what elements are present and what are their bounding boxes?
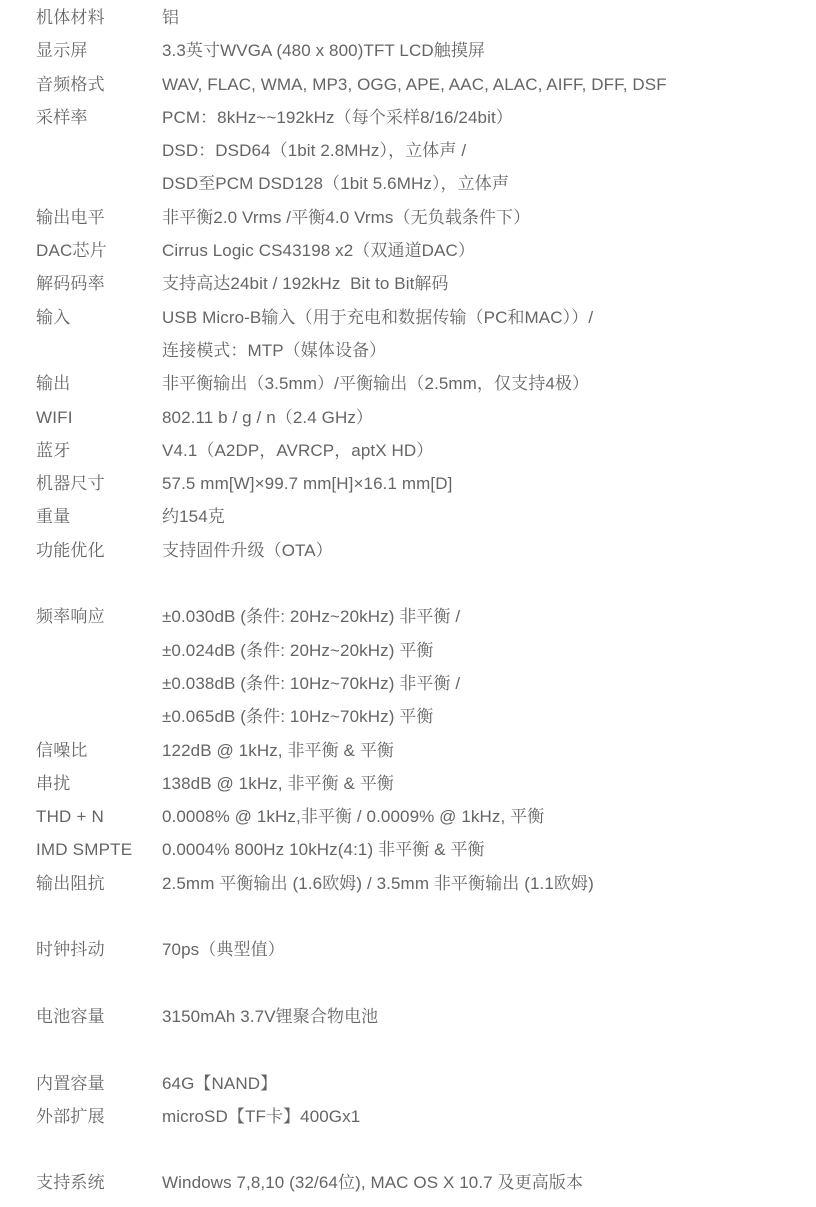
spec-value: 802.11 b / g / n（2.4 GHz） (162, 401, 796, 434)
spec-value-line: 铝 (162, 1, 796, 34)
spec-value: 3150mAh 3.7V锂聚合物电池 (162, 1000, 796, 1033)
spec-value: 64G【NAND】 (162, 1067, 796, 1100)
spec-row: 内置容量 64G【NAND】 (36, 1067, 796, 1100)
spec-label: DAC芯片 (36, 234, 162, 267)
spec-value: V4.1（A2DP，AVRCP，aptX HD） (162, 434, 796, 467)
spec-label: 输出 (36, 367, 162, 400)
spec-value-line: ±0.065dB (条件: 10Hz~70kHz) 平衡 (162, 700, 796, 733)
spec-label: 输入 (36, 301, 162, 334)
spec-label: 输出阻抗 (36, 867, 162, 900)
spec-row: 输出电平 非平衡2.0 Vrms /平衡4.0 Vrms（无负载条件下） (36, 201, 796, 234)
spec-row: 支持系统 Windows 7,8,10 (32/64位), MAC OS X 1… (36, 1166, 796, 1199)
spec-label: 内置容量 (36, 1067, 162, 1100)
spec-value: 支持高达24bit / 192kHz Bit to Bit解码 (162, 267, 796, 300)
spec-value: 0.0008% @ 1kHz,非平衡 / 0.0009% @ 1kHz, 平衡 (162, 800, 796, 833)
spec-value-line: ±0.024dB (条件: 20Hz~20kHz) 平衡 (162, 634, 796, 667)
spec-value-line: 支持固件升级（OTA） (162, 534, 796, 567)
spec-value: PCM：8kHz~~192kHz（每个采样8/16/24bit）DSD：DSD6… (162, 101, 796, 201)
spec-value-line: Windows 7,8,10 (32/64位), MAC OS X 10.7 及… (162, 1166, 796, 1199)
spec-label: IMD SMPTE (36, 833, 162, 866)
spec-value: 138dB @ 1kHz, 非平衡 & 平衡 (162, 767, 796, 800)
spec-value-line: ±0.030dB (条件: 20Hz~20kHz) 非平衡 / (162, 600, 796, 633)
spec-value-line: 支持高达24bit / 192kHz Bit to Bit解码 (162, 267, 796, 300)
spec-value-line: 138dB @ 1kHz, 非平衡 & 平衡 (162, 767, 796, 800)
spec-row: 音频格式 WAV, FLAC, WMA, MP3, OGG, APE, AAC,… (36, 68, 796, 101)
spec-label: 外部扩展 (36, 1100, 162, 1133)
spec-value-line: 约154克 (162, 500, 796, 533)
spec-value: 2.5mm 平衡输出 (1.6欧姆) / 3.5mm 非平衡输出 (1.1欧姆) (162, 867, 796, 900)
spec-label: 输出电平 (36, 201, 162, 234)
spec-value: microSD【TF卡】400Gx1 (162, 1100, 796, 1133)
spec-label: 支持系统 (36, 1166, 162, 1199)
spec-row: 电池容量 3150mAh 3.7V锂聚合物电池 (36, 1000, 796, 1033)
spec-value-line: microSD【TF卡】400Gx1 (162, 1100, 796, 1133)
spec-value: 铝 (162, 1, 796, 34)
spec-row: 显示屏 3.3英寸WVGA (480 x 800)TFT LCD触摸屏 (36, 34, 796, 67)
spec-value-line: DSD至PCM DSD128（1bit 5.6MHz），立体声 (162, 167, 796, 200)
spec-value-line: 0.0004% 800Hz 10kHz(4:1) 非平衡 & 平衡 (162, 833, 796, 866)
spec-label: 蓝牙 (36, 434, 162, 467)
spec-value: USB Micro-B输入（用于充电和数据传输（PC和MAC））/连接模式：MT… (162, 301, 796, 368)
spec-value: 3.3英寸WVGA (480 x 800)TFT LCD触摸屏 (162, 34, 796, 67)
spec-value-line: 0.0008% @ 1kHz,非平衡 / 0.0009% @ 1kHz, 平衡 (162, 800, 796, 833)
spec-row: THD + N 0.0008% @ 1kHz,非平衡 / 0.0009% @ 1… (36, 800, 796, 833)
spec-value: WAV, FLAC, WMA, MP3, OGG, APE, AAC, ALAC… (162, 68, 796, 101)
spec-row: 信噪比 122dB @ 1kHz, 非平衡 & 平衡 (36, 734, 796, 767)
spec-value: 70ps（典型值） (162, 933, 796, 966)
spec-row: 外部扩展 microSD【TF卡】400Gx1 (36, 1100, 796, 1133)
spec-label: 机体材料 (36, 1, 162, 34)
spec-row: 频率响应 ±0.030dB (条件: 20Hz~20kHz) 非平衡 /±0.0… (36, 600, 796, 733)
spec-row: 机器尺寸 57.5 mm[W]×99.7 mm[H]×16.1 mm[D] (36, 467, 796, 500)
spec-label: 重量 (36, 500, 162, 533)
spec-row: 输出 非平衡输出（3.5mm）/平衡输出（2.5mm，仅支持4极） (36, 367, 796, 400)
spec-label: 频率响应 (36, 600, 162, 633)
spec-value-line: 非平衡输出（3.5mm）/平衡输出（2.5mm，仅支持4极） (162, 367, 796, 400)
spec-value: 非平衡输出（3.5mm）/平衡输出（2.5mm，仅支持4极） (162, 367, 796, 400)
spec-row: 输入 USB Micro-B输入（用于充电和数据传输（PC和MAC））/连接模式… (36, 301, 796, 368)
spec-label: 采样率 (36, 101, 162, 134)
spec-group: 时钟抖动 70ps（典型值） (36, 933, 796, 966)
spec-value: 非平衡2.0 Vrms /平衡4.0 Vrms（无负载条件下） (162, 201, 796, 234)
spec-label: 显示屏 (36, 34, 162, 67)
spec-value-line: 非平衡2.0 Vrms /平衡4.0 Vrms（无负载条件下） (162, 201, 796, 234)
spec-value: Windows 7,8,10 (32/64位), MAC OS X 10.7 及… (162, 1166, 796, 1199)
spec-row: 蓝牙 V4.1（A2DP，AVRCP，aptX HD） (36, 434, 796, 467)
spec-value-line: 2.5mm 平衡输出 (1.6欧姆) / 3.5mm 非平衡输出 (1.1欧姆) (162, 867, 796, 900)
spec-row: 解码码率 支持高达24bit / 192kHz Bit to Bit解码 (36, 267, 796, 300)
spec-label: 功能优化 (36, 534, 162, 567)
spec-table: 机体材料 铝 显示屏 3.3英寸WVGA (480 x 800)TFT LCD触… (0, 0, 816, 1200)
spec-value: Cirrus Logic CS43198 x2（双通道DAC） (162, 234, 796, 267)
spec-value-line: ±0.038dB (条件: 10Hz~70kHz) 非平衡 / (162, 667, 796, 700)
spec-value-line: 连接模式：MTP（媒体设备） (162, 334, 796, 367)
spec-group: 支持系统 Windows 7,8,10 (32/64位), MAC OS X 1… (36, 1166, 796, 1199)
spec-label: 信噪比 (36, 734, 162, 767)
spec-row: DAC芯片 Cirrus Logic CS43198 x2（双通道DAC） (36, 234, 796, 267)
spec-row: 输出阻抗 2.5mm 平衡输出 (1.6欧姆) / 3.5mm 非平衡输出 (1… (36, 867, 796, 900)
spec-value-line: V4.1（A2DP，AVRCP，aptX HD） (162, 434, 796, 467)
spec-value-line: USB Micro-B输入（用于充电和数据传输（PC和MAC））/ (162, 301, 796, 334)
spec-label: THD + N (36, 800, 162, 833)
spec-label: WIFI (36, 401, 162, 434)
spec-value: 约154克 (162, 500, 796, 533)
spec-group: 电池容量 3150mAh 3.7V锂聚合物电池 (36, 1000, 796, 1033)
spec-value-line: 3.3英寸WVGA (480 x 800)TFT LCD触摸屏 (162, 34, 796, 67)
spec-value-line: WAV, FLAC, WMA, MP3, OGG, APE, AAC, ALAC… (162, 68, 796, 101)
spec-label: 音频格式 (36, 68, 162, 101)
spec-label: 解码码率 (36, 267, 162, 300)
spec-label: 串扰 (36, 767, 162, 800)
spec-value-line: DSD：DSD64（1bit 2.8MHz），立体声 / (162, 134, 796, 167)
spec-value-line: 122dB @ 1kHz, 非平衡 & 平衡 (162, 734, 796, 767)
spec-value: 0.0004% 800Hz 10kHz(4:1) 非平衡 & 平衡 (162, 833, 796, 866)
spec-row: 功能优化 支持固件升级（OTA） (36, 534, 796, 567)
spec-row: WIFI 802.11 b / g / n（2.4 GHz） (36, 401, 796, 434)
spec-row: 重量 约154克 (36, 500, 796, 533)
spec-value-line: 64G【NAND】 (162, 1067, 796, 1100)
spec-value-line: Cirrus Logic CS43198 x2（双通道DAC） (162, 234, 796, 267)
spec-value-line: 57.5 mm[W]×99.7 mm[H]×16.1 mm[D] (162, 467, 796, 500)
spec-row: 机体材料 铝 (36, 1, 796, 34)
spec-value-line: PCM：8kHz~~192kHz（每个采样8/16/24bit） (162, 101, 796, 134)
spec-value: ±0.030dB (条件: 20Hz~20kHz) 非平衡 /±0.024dB … (162, 600, 796, 733)
spec-row: 时钟抖动 70ps（典型值） (36, 933, 796, 966)
spec-row: 串扰 138dB @ 1kHz, 非平衡 & 平衡 (36, 767, 796, 800)
spec-label: 机器尺寸 (36, 467, 162, 500)
spec-row: 采样率 PCM：8kHz~~192kHz（每个采样8/16/24bit）DSD：… (36, 101, 796, 201)
spec-label: 电池容量 (36, 1000, 162, 1033)
spec-value: 支持固件升级（OTA） (162, 534, 796, 567)
spec-group: 内置容量 64G【NAND】 外部扩展 microSD【TF卡】400Gx1 (36, 1067, 796, 1134)
spec-group: 频率响应 ±0.030dB (条件: 20Hz~20kHz) 非平衡 /±0.0… (36, 600, 796, 900)
spec-value-line: 70ps（典型值） (162, 933, 796, 966)
spec-row: IMD SMPTE 0.0004% 800Hz 10kHz(4:1) 非平衡 &… (36, 833, 796, 866)
spec-value: 57.5 mm[W]×99.7 mm[H]×16.1 mm[D] (162, 467, 796, 500)
spec-group: 机体材料 铝 显示屏 3.3英寸WVGA (480 x 800)TFT LCD触… (36, 1, 796, 567)
spec-value: 122dB @ 1kHz, 非平衡 & 平衡 (162, 734, 796, 767)
spec-label: 时钟抖动 (36, 933, 162, 966)
spec-value-line: 802.11 b / g / n（2.4 GHz） (162, 401, 796, 434)
spec-value-line: 3150mAh 3.7V锂聚合物电池 (162, 1000, 796, 1033)
